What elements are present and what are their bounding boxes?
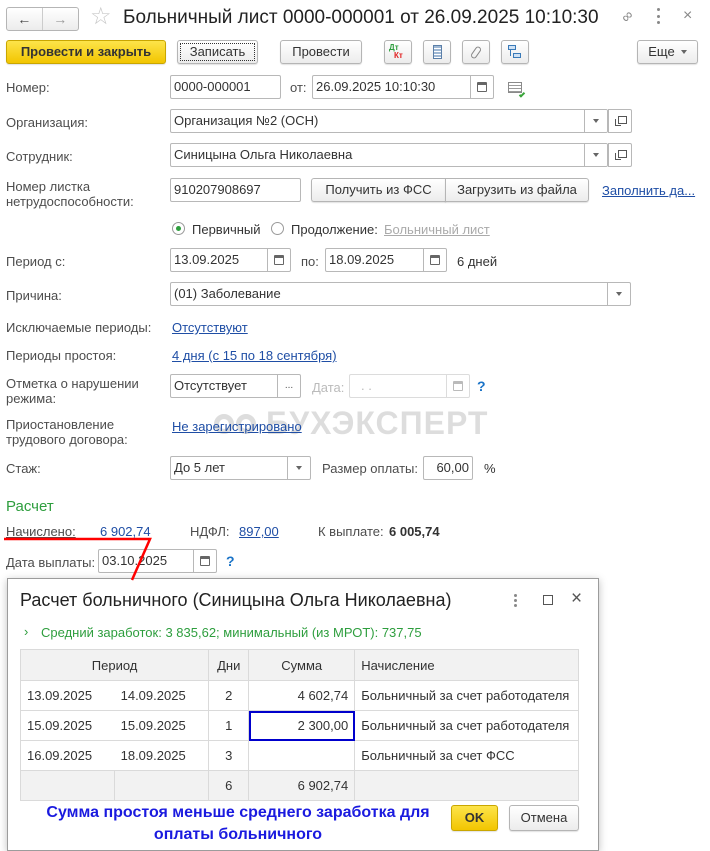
radio-continuation[interactable] xyxy=(271,222,284,235)
excluded-periods-label: Исключаемые периоды: xyxy=(6,320,151,335)
number-field[interactable]: 0000-000001 xyxy=(170,75,281,99)
paperclip-icon xyxy=(470,45,482,59)
calendar-icon xyxy=(274,255,284,265)
load-from-file-button[interactable]: Загрузить из файла xyxy=(445,178,589,202)
date-label: от: xyxy=(290,80,307,95)
organization-dropdown-button[interactable] xyxy=(584,109,608,133)
downtime-periods-link[interactable]: 4 дня (с 15 по 18 сентября) xyxy=(172,348,337,363)
radio-primary[interactable] xyxy=(172,222,185,235)
highlighted-sum-cell: 2 300,00 xyxy=(249,711,355,741)
violation-label: Отметка о нарушении режима: xyxy=(6,376,139,406)
column-period[interactable]: Период xyxy=(21,650,209,681)
experience-field[interactable]: До 5 лет xyxy=(170,456,311,480)
employee-label: Сотрудник: xyxy=(6,149,73,164)
get-from-fss-button[interactable]: Получить из ФСС xyxy=(311,178,446,202)
attachment-button[interactable] xyxy=(462,40,490,64)
ndfl-link[interactable]: 897,00 xyxy=(239,524,279,539)
period-from-field[interactable]: 13.09.2025 xyxy=(170,248,291,272)
average-earnings-text[interactable]: Средний заработок: 3 835,62; минимальный… xyxy=(41,625,422,640)
list-icon xyxy=(433,45,442,59)
ndfl-label: НДФЛ: xyxy=(190,524,230,539)
dialog-kebab-menu-icon[interactable] xyxy=(514,594,517,607)
continuation-link: Больничный лист xyxy=(384,222,490,237)
forward-button[interactable]: → xyxy=(43,8,79,30)
period-to-label: по: xyxy=(301,254,319,269)
table-header-row: Период Дни Сумма Начисление xyxy=(21,650,579,681)
column-accrual[interactable]: Начисление xyxy=(355,650,579,681)
structure-button[interactable] xyxy=(501,40,529,64)
calc-section-title: Расчет xyxy=(6,498,54,515)
date-field[interactable]: 26.09.2025 10:10:30 xyxy=(312,75,494,99)
close-icon[interactable]: × xyxy=(683,7,692,25)
organization-field[interactable]: Организация №2 (ОСН) xyxy=(170,109,608,133)
kebab-menu-icon[interactable] xyxy=(657,8,661,24)
to-pay-value: 6 005,74 xyxy=(389,524,440,539)
chevron-down-icon xyxy=(296,466,302,470)
suspension-link[interactable]: Не зарегистрировано xyxy=(172,419,302,434)
post-and-close-button[interactable]: Провести и закрыть xyxy=(6,40,166,64)
downtime-periods-label: Периоды простоя: xyxy=(6,348,116,363)
table-footer-row: 6 6 902,74 xyxy=(21,771,579,801)
period-days: 6 дней xyxy=(457,254,497,269)
calendar-icon xyxy=(200,556,210,566)
chevron-down-icon xyxy=(616,292,622,296)
column-days[interactable]: Дни xyxy=(209,650,249,681)
percent-sign: % xyxy=(484,461,496,476)
chevron-down-icon xyxy=(593,153,599,157)
sick-leave-calc-dialog: Расчет больничного (Синицына Ольга Никол… xyxy=(7,578,599,851)
employee-dropdown-button[interactable] xyxy=(584,143,608,167)
window-title: Больничный лист 0000-000001 от 26.09.202… xyxy=(123,6,599,30)
dt-kt-icon: Дт Кт xyxy=(389,44,407,60)
arrow-left-icon: ← xyxy=(17,12,31,26)
pay-date-help-icon[interactable]: ? xyxy=(226,553,235,569)
more-button[interactable]: Еще xyxy=(637,40,698,64)
experience-label: Стаж: xyxy=(6,461,41,476)
reason-label: Причина: xyxy=(6,288,62,303)
cancel-button[interactable]: Отмена xyxy=(509,805,579,831)
pay-size-label: Размер оплаты: xyxy=(322,461,418,476)
period-to-field[interactable]: 18.09.2025 xyxy=(325,248,447,272)
employee-field[interactable]: Синицына Ольга Николаевна xyxy=(170,143,608,167)
violation-field[interactable]: Отсутствует ... xyxy=(170,374,301,398)
dialog-title: Расчет больничного (Синицына Ольга Никол… xyxy=(20,590,451,611)
period-to-calendar-button[interactable] xyxy=(423,248,447,272)
violation-date-field: . . xyxy=(349,374,470,398)
back-button[interactable]: ← xyxy=(7,8,43,30)
ok-button[interactable]: OK xyxy=(451,805,498,831)
fill-data-link[interactable]: Заполнить да... xyxy=(602,183,695,198)
radio-continuation-label[interactable]: Продолжение: xyxy=(291,222,378,237)
calendar-icon xyxy=(430,255,440,265)
radio-primary-label[interactable]: Первичный xyxy=(192,222,261,237)
structure-icon xyxy=(508,45,522,59)
dialog-close-icon[interactable]: × xyxy=(571,589,582,609)
sick-leave-number-label: Номер листка нетрудоспособности: xyxy=(6,179,134,209)
table-row[interactable]: 16.09.2025 18.09.2025 3 Больничный за сч… xyxy=(21,741,579,771)
star-icon[interactable]: ☆ xyxy=(90,3,112,31)
to-pay-label: К выплате: xyxy=(318,524,384,539)
violation-select-button[interactable]: ... xyxy=(277,374,301,398)
maximize-icon[interactable] xyxy=(543,595,553,605)
reason-dropdown-button[interactable] xyxy=(607,282,631,306)
post-button[interactable]: Провести xyxy=(280,40,362,64)
save-button[interactable]: Записать xyxy=(177,40,258,64)
annotation-text: Сумма простоя меньше среднего заработка … xyxy=(28,802,448,846)
table-row[interactable]: 15.09.2025 15.09.2025 1 2 300,00 Больнич… xyxy=(21,711,579,741)
open-icon xyxy=(615,150,625,160)
violation-date-calendar-button xyxy=(446,374,470,398)
organization-label: Организация: xyxy=(6,115,88,130)
excluded-periods-link[interactable]: Отсутствуют xyxy=(172,320,248,335)
open-icon xyxy=(615,116,625,126)
employee-open-button[interactable] xyxy=(608,143,632,167)
nav-buttons: ← → xyxy=(6,7,79,31)
suspension-label: Приостановление трудового договора: xyxy=(6,417,128,447)
date-calendar-button[interactable] xyxy=(470,75,494,99)
reason-field[interactable]: (01) Заболевание xyxy=(170,282,631,306)
calc-table: Период Дни Сумма Начисление 13.09.2025 1… xyxy=(20,649,579,801)
period-from-calendar-button[interactable] xyxy=(267,248,291,272)
chevron-down-icon xyxy=(593,119,599,123)
accrued-link[interactable]: 6 902,74 xyxy=(100,524,151,539)
pay-date-field[interactable]: 03.10.2025 xyxy=(98,549,217,573)
pay-date-calendar-button[interactable] xyxy=(193,549,217,573)
link-icon[interactable]: ∞ xyxy=(618,7,638,27)
column-sum[interactable]: Сумма xyxy=(249,650,355,681)
accrued-label[interactable]: Начислено: xyxy=(6,524,76,539)
period-label: Период с: xyxy=(6,254,65,269)
document-check-icon[interactable] xyxy=(508,82,522,93)
calendar-icon xyxy=(453,381,463,391)
chevron-right-icon[interactable]: › xyxy=(24,624,28,639)
dt-kt-button[interactable]: Дт Кт xyxy=(384,40,412,64)
pay-date-label: Дата выплаты: xyxy=(6,555,95,570)
list-button[interactable] xyxy=(423,40,451,64)
calendar-icon xyxy=(477,82,487,92)
violation-help-icon[interactable]: ? xyxy=(477,378,486,394)
organization-open-button[interactable] xyxy=(608,109,632,133)
experience-dropdown-button[interactable] xyxy=(287,456,311,480)
violation-date-label: Дата: xyxy=(312,380,344,395)
table-row[interactable]: 13.09.2025 14.09.2025 2 4 602,74 Больнич… xyxy=(21,681,579,711)
sick-leave-number-field[interactable]: 910207908697 xyxy=(170,178,301,202)
chevron-down-icon xyxy=(681,50,687,54)
number-label: Номер: xyxy=(6,80,50,95)
arrow-right-icon: → xyxy=(53,12,67,26)
pay-size-field[interactable]: 60,00 xyxy=(423,456,473,480)
